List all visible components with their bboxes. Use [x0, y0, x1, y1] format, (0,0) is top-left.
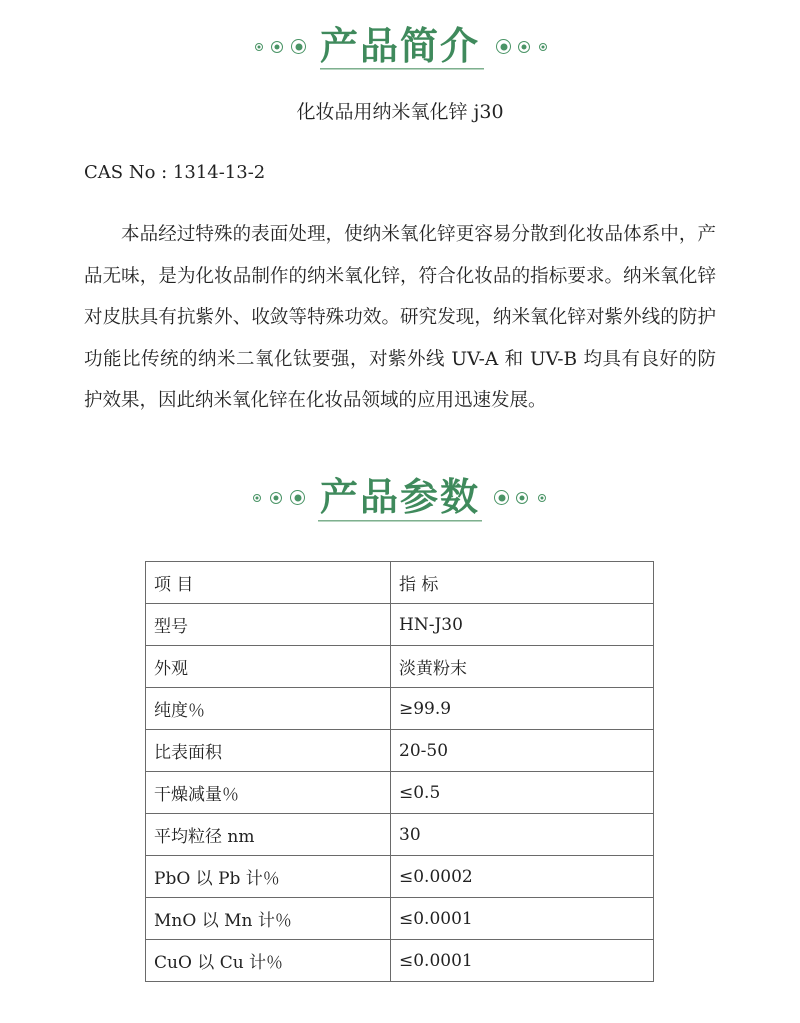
parameters-table: 项 目 指 标 型号 HN-J30 外观 淡黄粉末 纯度％ ≥99.9 比表面积…	[145, 561, 654, 982]
ornament-dot-icon	[516, 492, 528, 504]
row-label: 干燥减量％	[146, 772, 391, 814]
row-label: PbO 以 Pb 计％	[146, 856, 391, 898]
table-row: 平均粒径 nm 30	[146, 814, 654, 856]
heading-underline	[318, 520, 482, 522]
section-heading-intro: 产品简介	[0, 20, 800, 80]
heading-underline	[320, 68, 484, 70]
table-row: MnO 以 Mn 计％ ≤0.0001	[146, 898, 654, 940]
row-value: ≤0.0002	[391, 856, 654, 898]
row-value: ≤0.0001	[391, 940, 654, 982]
row-label: CuO 以 Cu 计％	[146, 940, 391, 982]
ornament-dot-icon	[539, 43, 547, 51]
table-row: 干燥减量％ ≤0.5	[146, 772, 654, 814]
row-value: ≤0.0001	[391, 898, 654, 940]
section-title: 产品参数	[0, 474, 800, 520]
ornament-dot-icon	[518, 41, 530, 53]
row-value: 30	[391, 814, 654, 856]
table-row: CuO 以 Cu 计％ ≤0.0001	[146, 940, 654, 982]
row-label: 比表面积	[146, 730, 391, 772]
product-description: 本品经过特殊的表面处理，使纳米氧化锌更容易分散到化妆品体系中，产品无味，是为化妆…	[84, 214, 716, 422]
table-row: 纯度％ ≥99.9	[146, 688, 654, 730]
row-label: 平均粒径 nm	[146, 814, 391, 856]
table-row: 比表面积 20-50	[146, 730, 654, 772]
row-label: 纯度％	[146, 688, 391, 730]
ornament-dot-icon	[494, 490, 509, 505]
table-row: PbO 以 Pb 计％ ≤0.0002	[146, 856, 654, 898]
header-spec: 指 标	[391, 562, 654, 604]
row-value: ≥99.9	[391, 688, 654, 730]
ornament-dot-icon	[496, 39, 511, 54]
product-name: 化妆品用纳米氧化锌 j30	[0, 98, 800, 126]
row-label: 外观	[146, 646, 391, 688]
section-title: 产品简介	[0, 23, 800, 69]
row-label: 型号	[146, 604, 391, 646]
row-label: MnO 以 Mn 计％	[146, 898, 391, 940]
header-item: 项 目	[146, 562, 391, 604]
row-value: ≤0.5	[391, 772, 654, 814]
cas-number: CAS No : 1314-13-2	[84, 160, 265, 186]
ornament-dot-icon	[538, 494, 546, 502]
table-row: 型号 HN-J30	[146, 604, 654, 646]
row-value: HN-J30	[391, 604, 654, 646]
table-header-row: 项 目 指 标	[146, 562, 654, 604]
section-heading-params: 产品参数	[0, 472, 800, 532]
table-row: 外观 淡黄粉末	[146, 646, 654, 688]
row-value: 20-50	[391, 730, 654, 772]
row-value: 淡黄粉末	[391, 646, 654, 688]
